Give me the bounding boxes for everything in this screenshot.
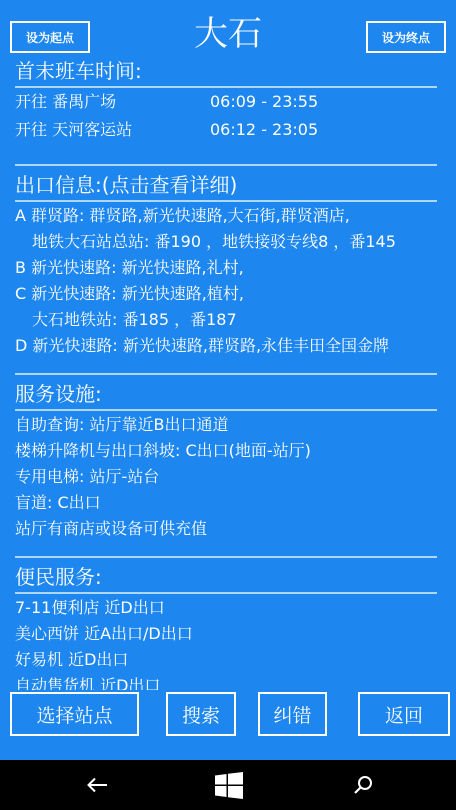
divider — [15, 409, 437, 411]
exit-line[interactable]: B 新光快速路: 新光快速路,礼村, — [15, 255, 437, 281]
divider — [15, 592, 437, 594]
facility-item: 专用电梯: 站厅-站台 — [15, 464, 437, 490]
exit-line[interactable]: C 新光快速路: 新光快速路,植村, — [15, 281, 437, 307]
schedule-time: 06:09 - 23:55 — [210, 88, 318, 116]
exit-line[interactable]: D 新光快速路: 新光快速路,群贤路,永佳丰田全国金牌 — [15, 333, 437, 359]
set-end-button[interactable]: 设为终点 — [366, 21, 446, 53]
nav-search-button[interactable] — [333, 760, 393, 810]
station-info-scroll[interactable]: 首末班车时间: 开往 番禺广场 06:09 - 23:55 开往 天河客运站 0… — [15, 56, 437, 690]
facility-item: 自助查询: 站厅靠近B出口通道 — [15, 412, 437, 438]
schedule-direction: 开往 天河客运站 — [15, 116, 210, 144]
system-nav-bar — [0, 760, 456, 810]
exits-section-title: 出口信息:(点击查看详细) — [15, 170, 437, 200]
convenience-item: 好易机 近D出口 — [15, 647, 437, 673]
schedule-row: 开往 番禺广场 06:09 - 23:55 — [15, 88, 437, 116]
nav-home-button[interactable] — [199, 760, 259, 810]
report-error-button[interactable]: 纠错 — [258, 692, 327, 736]
windows-logo-icon — [215, 772, 243, 799]
divider — [15, 86, 437, 88]
divider — [15, 164, 437, 166]
arrow-left-icon — [86, 777, 108, 793]
schedule-direction: 开往 番禺广场 — [15, 88, 210, 116]
nav-back-button[interactable] — [67, 760, 127, 810]
station-detail-page: 设为起点 大石 设为终点 首末班车时间: 开往 番禺广场 06:09 - 23:… — [0, 0, 456, 760]
exit-line[interactable]: 地铁大石站总站: 番190 ，地铁接驳专线8 ，番145 — [15, 229, 437, 255]
exit-line[interactable]: 大石地铁站: 番185 ，番187 — [15, 307, 437, 333]
facility-item: 楼梯升降机与出口斜坡: C出口(地面-站厅) — [15, 438, 437, 464]
convenience-item: 7-11便利店 近D出口 — [15, 595, 437, 621]
back-button[interactable]: 返回 — [358, 692, 450, 736]
divider — [15, 556, 437, 558]
divider — [15, 200, 437, 202]
bottom-action-bar: 选择站点 搜索 纠错 返回 — [0, 692, 456, 736]
exit-line[interactable]: A 群贤路: 群贤路,新光快速路,大石街,群贤酒店, — [15, 203, 437, 229]
divider — [15, 373, 437, 375]
facilities-section-title: 服务设施: — [15, 379, 437, 409]
search-button[interactable]: 搜索 — [166, 692, 236, 736]
search-icon — [353, 775, 373, 795]
facility-item: 站厅有商店或设备可供充值 — [15, 516, 437, 542]
select-station-button[interactable]: 选择站点 — [10, 692, 139, 736]
convenience-item: 自动售货机 近D出口 — [15, 673, 437, 690]
facility-item: 盲道: C出口 — [15, 490, 437, 516]
schedule-time: 06:12 - 23:05 — [210, 116, 318, 144]
schedule-section-title: 首末班车时间: — [15, 56, 437, 86]
convenience-section-title: 便民服务: — [15, 562, 437, 592]
schedule-row: 开往 天河客运站 06:12 - 23:05 — [15, 116, 437, 144]
convenience-item: 美心西饼 近A出口/D出口 — [15, 621, 437, 647]
exit-list[interactable]: A 群贤路: 群贤路,新光快速路,大石街,群贤酒店, 地铁大石站总站: 番190… — [15, 202, 437, 359]
